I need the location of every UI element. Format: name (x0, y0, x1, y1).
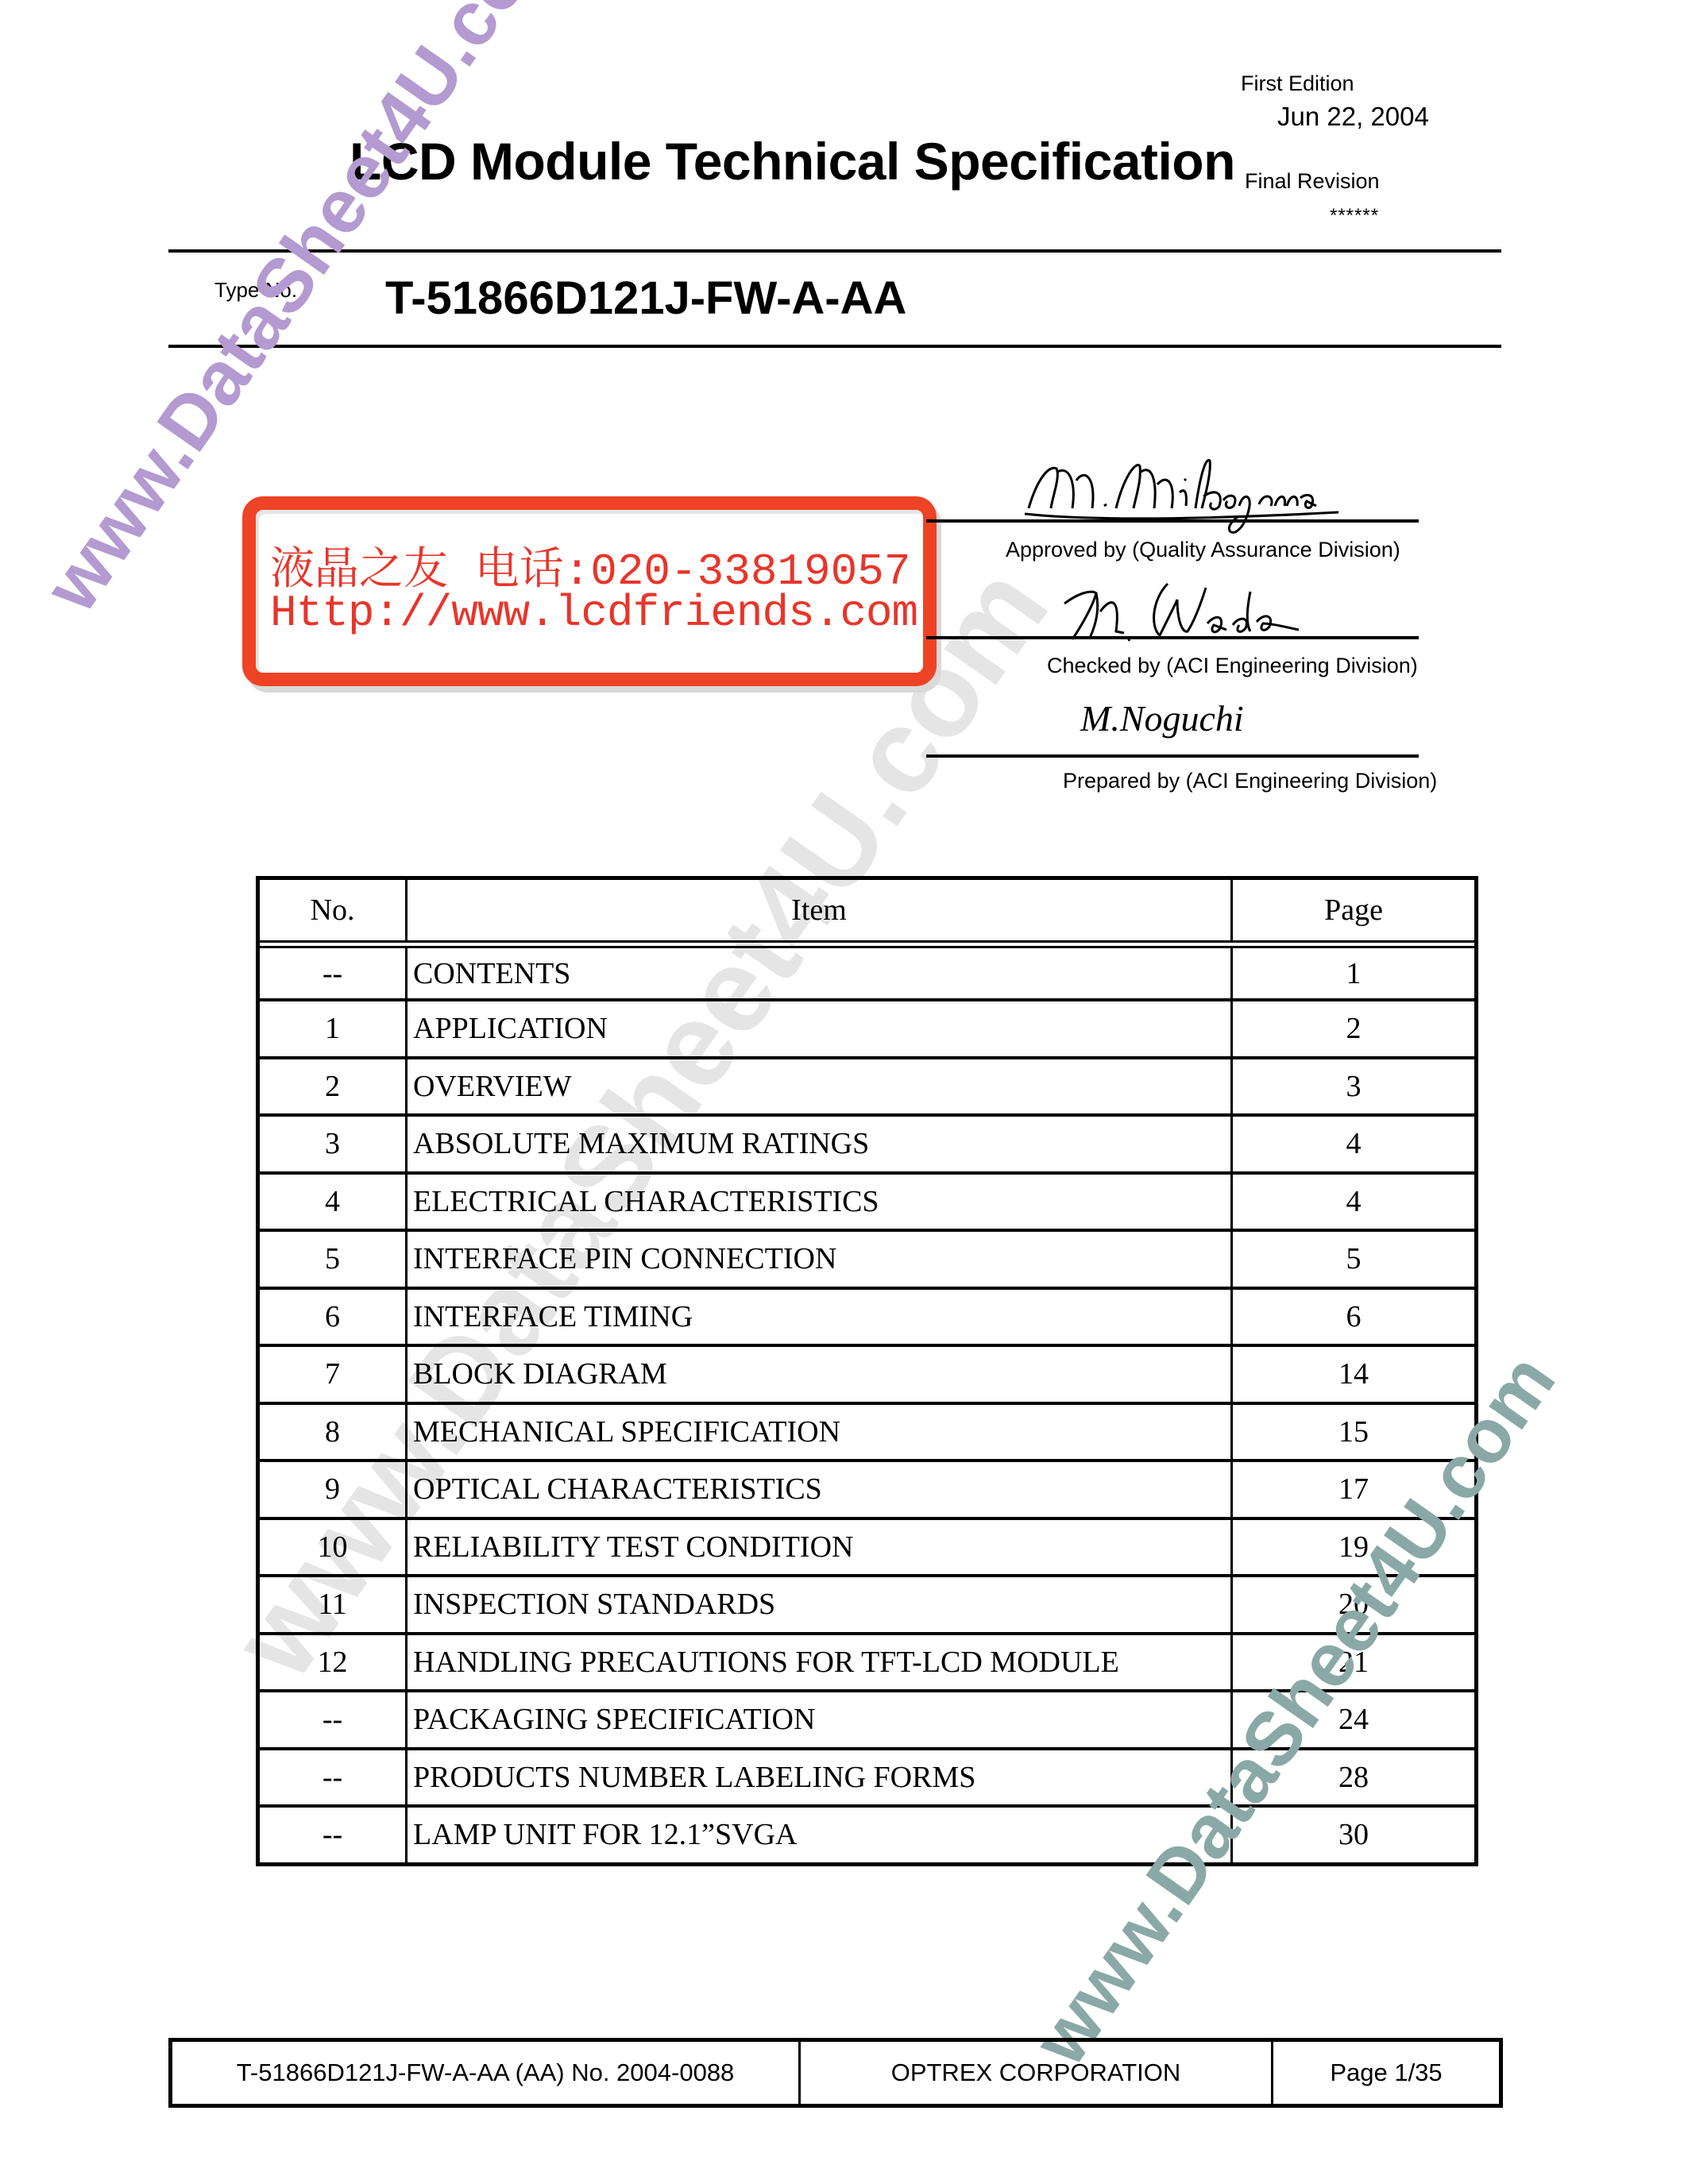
document-title: LCD Module Technical Specification (350, 131, 1235, 191)
cell-item: INSPECTION STANDARDS (407, 1576, 1232, 1634)
cell-page: 4 (1232, 1115, 1475, 1173)
type-no-value: T-51866D121J-FW-A-AA (385, 272, 906, 325)
cell-item: PRODUCTS NUMBER LABELING FORMS (407, 1749, 1232, 1807)
signature-prepared: M.Noguchi (1080, 697, 1244, 739)
cell-page: 6 (1232, 1288, 1475, 1346)
table-row: 6INTERFACE TIMING6 (260, 1288, 1474, 1346)
cell-no: 4 (260, 1173, 407, 1231)
cell-no: -- (260, 1806, 407, 1862)
prepared-by-caption: Prepared by (ACI Engineering Division) (1063, 769, 1437, 793)
stamp-url-line: Http://www.lcdfriends.com (270, 588, 917, 639)
cell-page: 17 (1232, 1461, 1475, 1518)
table-row: --PRODUCTS NUMBER LABELING FORMS28 (260, 1749, 1474, 1807)
cell-no: 6 (260, 1288, 407, 1346)
cell-item: ABSOLUTE MAXIMUM RATINGS (407, 1115, 1232, 1173)
cell-item: HANDLING PRECAUTIONS FOR TFT-LCD MODULE (407, 1634, 1232, 1692)
cell-page: 14 (1232, 1345, 1475, 1403)
footer-page-number: Page 1/35 (1273, 2042, 1499, 2104)
edition-date: Jun 22, 2004 (1277, 102, 1429, 132)
cell-page: 5 (1232, 1230, 1475, 1288)
cell-no: 9 (260, 1461, 407, 1518)
table-row: 4ELECTRICAL CHARACTERISTICS4 (260, 1173, 1474, 1231)
table-row: 10RELIABILITY TEST CONDITION19 (260, 1518, 1474, 1576)
table-row: 12HANDLING PRECAUTIONS FOR TFT-LCD MODUL… (260, 1634, 1474, 1692)
cell-item: BLOCK DIAGRAM (407, 1345, 1232, 1403)
column-header-no: No. (260, 880, 407, 944)
column-header-item: Item (407, 880, 1232, 944)
cell-item: APPLICATION (407, 1000, 1232, 1058)
table-row: 1APPLICATION2 (260, 1000, 1474, 1058)
cell-item: LAMP UNIT FOR 12.1”SVGA (407, 1806, 1232, 1862)
cell-page: 21 (1232, 1634, 1475, 1692)
revision-value: ****** (1330, 205, 1379, 227)
cell-no: 2 (260, 1058, 407, 1116)
cell-no: 12 (260, 1634, 407, 1692)
approved-by-caption: Approved by (Quality Assurance Division) (1006, 538, 1400, 562)
contents-table: No. Item Page --CONTENTS11APPLICATION22O… (256, 876, 1478, 1866)
signature-line-approved (926, 519, 1419, 523)
table-row: 7BLOCK DIAGRAM14 (260, 1345, 1474, 1403)
cell-no: 5 (260, 1230, 407, 1288)
cell-no: -- (260, 1691, 407, 1749)
cell-page: 15 (1232, 1403, 1475, 1461)
cell-no: 10 (260, 1518, 407, 1576)
table-row: 8MECHANICAL SPECIFICATION15 (260, 1403, 1474, 1461)
revision-label: Final Revision (1245, 169, 1380, 194)
cell-item: PACKAGING SPECIFICATION (407, 1691, 1232, 1749)
header-divider-top (168, 249, 1501, 253)
cell-no: 1 (260, 1000, 407, 1058)
footer-document-ref: T-51866D121J-FW-A-AA (AA) No. 2004-0088 (172, 2042, 801, 2104)
footer-company: OPTREX CORPORATION (801, 2042, 1273, 2104)
cell-item: MECHANICAL SPECIFICATION (407, 1403, 1232, 1461)
handwritten-signature-icon (1021, 449, 1402, 536)
table-row: --LAMP UNIT FOR 12.1”SVGA30 (260, 1806, 1474, 1862)
cell-item: OPTICAL CHARACTERISTICS (407, 1461, 1232, 1518)
cell-page: 19 (1232, 1518, 1475, 1576)
type-no-label: Type No. (214, 278, 297, 303)
header-divider-bottom (168, 345, 1501, 348)
signature-line-checked (926, 636, 1419, 639)
table-row: 3ABSOLUTE MAXIMUM RATINGS4 (260, 1115, 1474, 1173)
cell-item: RELIABILITY TEST CONDITION (407, 1518, 1232, 1576)
table-row: 11INSPECTION STANDARDS20 (260, 1576, 1474, 1634)
cell-item: ELECTRICAL CHARACTERISTICS (407, 1173, 1232, 1231)
cell-page: 24 (1232, 1691, 1475, 1749)
cell-no: -- (260, 1749, 407, 1807)
table-row: --PACKAGING SPECIFICATION24 (260, 1691, 1474, 1749)
checked-by-caption: Checked by (ACI Engineering Division) (1047, 654, 1418, 678)
cell-page: 30 (1232, 1806, 1475, 1862)
cell-page: 28 (1232, 1749, 1475, 1807)
cell-no: -- (260, 944, 407, 1000)
cell-no: 8 (260, 1403, 407, 1461)
column-header-page: Page (1232, 880, 1475, 944)
cell-no: 3 (260, 1115, 407, 1173)
signature-line-prepared (926, 754, 1419, 758)
edition-label: First Edition (1241, 71, 1354, 96)
signature-approved (1021, 449, 1402, 528)
cell-item: CONTENTS (407, 944, 1232, 1000)
table-row: 2OVERVIEW3 (260, 1058, 1474, 1116)
page-footer: T-51866D121J-FW-A-AA (AA) No. 2004-0088 … (168, 2038, 1503, 2108)
table-row: 9OPTICAL CHARACTERISTICS17 (260, 1461, 1474, 1518)
cell-no: 7 (260, 1345, 407, 1403)
table-row: --CONTENTS1 (260, 944, 1474, 1000)
cell-page: 20 (1232, 1576, 1475, 1634)
cell-page: 1 (1232, 944, 1475, 1000)
cell-page: 2 (1232, 1000, 1475, 1058)
cell-page: 4 (1232, 1173, 1475, 1231)
cell-item: INTERFACE PIN CONNECTION (407, 1230, 1232, 1288)
table-row: 5INTERFACE PIN CONNECTION5 (260, 1230, 1474, 1288)
cell-item: OVERVIEW (407, 1058, 1232, 1116)
cell-page: 3 (1232, 1058, 1475, 1116)
cell-item: INTERFACE TIMING (407, 1288, 1232, 1346)
cell-no: 11 (260, 1576, 407, 1634)
table-header-row: No. Item Page (260, 880, 1474, 944)
